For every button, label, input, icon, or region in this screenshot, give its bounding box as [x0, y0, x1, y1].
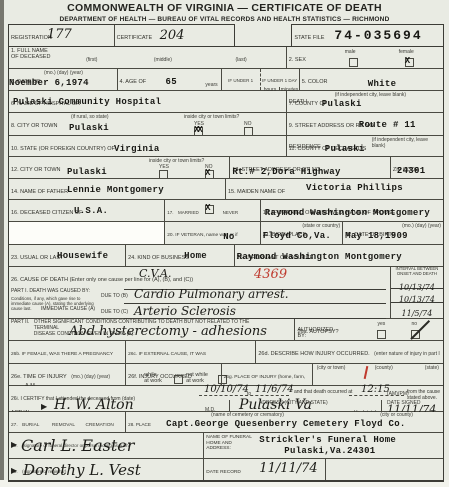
married-mark: X: [205, 203, 210, 213]
mother-field: 15. MAIDEN NAME OF MOTHER OF DECEASED Vi…: [226, 179, 443, 199]
injury-notwhile-label: not while at work: [186, 372, 208, 385]
county-of-death-hint: (if independent city, leave blank): [335, 92, 406, 98]
full-name-field: 1. FULL NAME OF DECEASED (first)Jennie (…: [9, 47, 287, 68]
sex-female-mark: X: [405, 56, 410, 66]
signature-arrow-icon: ▶: [41, 403, 47, 411]
citizen-field: 16. DECEASED CITIZEN OF WHAT COUNTRY U.S…: [9, 200, 165, 221]
sex-female-label: female: [399, 49, 414, 55]
certificate-number-field: CERTIFICATE NUMBER 204: [115, 25, 234, 46]
age-unit: years: [205, 82, 217, 88]
hospital-field: 6. NAME OF HOSPITAL OR INSTITUTION (if n…: [9, 91, 287, 112]
birthplace-field: 21. BIRTHPLACE (state or country) Floyd …: [261, 222, 343, 244]
birthplace-value: Floyd Co,Va.: [263, 231, 331, 241]
registrar-signature: Dorothy L. Vest: [23, 461, 141, 479]
res-limits-label: inside city or town limits?: [149, 158, 204, 164]
street-of-death-value: Route # 11: [359, 120, 416, 130]
city-residence-field: 12. CITY OR TOWN OF RESIDENCE Pulaski in…: [9, 157, 230, 178]
state-residence-value: Virginia: [114, 144, 160, 154]
injury-while-checkbox: [174, 375, 183, 384]
top-strip-left: REGISTRATION AREA NUMBER 177 CERTIFICATE…: [8, 24, 235, 46]
date-of-death-value: Noember 6,1974: [9, 78, 89, 88]
date-filed-value: 11/11/74: [259, 461, 317, 476]
document-title: COMMONWEALTH OF VIRGINIA — CERTIFICATE O…: [0, 2, 449, 14]
part2-value: Abd hysterectomy - adhesions: [69, 324, 267, 339]
marital-field: 17. MARRIED X NEVER MARRIED WIDOWED DIVO…: [165, 200, 260, 221]
color-race-value: White: [368, 79, 397, 89]
father-field: 14. NAME OF FATHER OF DECEASED Lennie Mo…: [9, 179, 226, 199]
certification-field: 26i. I CERTIFY that I attended the decea…: [9, 386, 443, 411]
registration-area-field: REGISTRATION AREA NUMBER 177: [9, 25, 115, 46]
disposition-n: 27.: [11, 423, 18, 428]
autopsy-yes-label: yes: [377, 321, 385, 327]
informant-field: 25. INFORMANT OR SOURCE OF INFORMATION R…: [235, 245, 443, 266]
place-of-burial-city-hint: (city or county): [380, 412, 413, 418]
certificate-form: REGISTRATION AREA NUMBER 177 CERTIFICATE…: [8, 24, 444, 482]
place-of-injury-field: 26g. PLACE OF INJURY (home, farm, factor…: [222, 364, 313, 385]
married-checkbox: X: [205, 205, 214, 214]
injury-red-mark: [363, 366, 368, 379]
interval-c: 11/5/74: [402, 309, 433, 318]
autopsy-no-label: no: [411, 321, 417, 327]
autopsy-field: 26a. AUTOPSY? AUTHORIZED BY: yes no: [295, 319, 443, 340]
top-strip-right: STATE FILE NUMBER 74-035694: [291, 24, 444, 46]
place-of-burial-field: 28. PLACE OF BURIAL REMOVAL, ETC. (name …: [126, 412, 443, 432]
disposition-field: 27. BURIAL REMOVAL CREMATION X: [9, 412, 126, 432]
funeral-home-address: Pulaski,Va.24301: [284, 446, 375, 456]
time-of-injury-hints: (mo.) (day) (year): [71, 374, 110, 380]
dob-value: May 18,1909: [345, 231, 408, 241]
zip-field: ZIP CODE 24301: [391, 157, 443, 178]
mother-value: Victoria Phillips: [306, 183, 403, 193]
removal-label: REMOVAL: [52, 423, 75, 428]
state-file-value: 74-035694: [334, 28, 422, 43]
autopsy-yes-checkbox: [377, 330, 386, 339]
state-file-field: STATE FILE NUMBER 74-035694: [292, 25, 443, 46]
form-body: 1. FULL NAME OF DECEASED (first)Jennie (…: [8, 46, 444, 482]
sex-female-checkbox: X: [405, 58, 414, 67]
father-value: Lennie Montgomery: [67, 185, 164, 195]
injury-location-field: (city or town) (county) (state): [313, 364, 443, 385]
physician-signature: H. W. Alton: [54, 397, 134, 413]
county-residence-hint: (if independent city, leave blank): [372, 137, 443, 149]
street-residence-value: Rt.# 2,Dora Highway: [232, 167, 340, 177]
middle-name-hint: (middle): [154, 57, 172, 63]
part2-field: PART II. OTHER SIGNIFICANT CONDITIONS CO…: [9, 319, 295, 340]
registrar-field: 30. (signature of registrar) ▶ Dorothy L…: [9, 459, 204, 480]
physician-address: Pulaski Va: [239, 397, 312, 413]
interval-label: INTERVAL BETWEEN ONSET AND DEATH: [391, 267, 443, 277]
sex-male-label: male: [345, 49, 356, 55]
city-limits-yes-checkbox: XX: [194, 127, 203, 136]
autopsy-authorized-label: AUTHORIZED BY:: [297, 327, 333, 340]
res-limits-no-checkbox: X: [205, 170, 214, 179]
document-header: COMMONWEALTH OF VIRGINIA — CERTIFICATE O…: [0, 2, 449, 23]
sex-field: 2. SEX male female X: [287, 47, 443, 68]
dob-hint: (mo.) (day) (year): [402, 223, 441, 229]
scan-left-edge: [0, 0, 4, 487]
county-of-death-value: Pulaski: [322, 99, 362, 109]
age-field: 4. AGE OF DECEASED 65 years: [118, 69, 222, 90]
marital-n: 17.: [167, 210, 173, 215]
injury-city-hint: (city or town): [317, 365, 346, 371]
occupation-value: Housewife: [57, 251, 108, 261]
time-of-injury-label: 26e. TIME OF INJURY: [11, 374, 67, 380]
citizen-value: U.S.A.: [74, 206, 108, 216]
street-of-death-field: 9. STREET ADDRESS OR RT. NO. OF PLACE OF…: [287, 113, 443, 135]
business-value: Home: [184, 251, 207, 261]
certify-ampm: (AM)(PM): [387, 391, 409, 397]
county-residence-value: Pulaski: [325, 144, 365, 154]
place-of-burial-hint: (name of cemetery or crematory): [211, 412, 284, 418]
funeral-director-signature: Carl L. Easter: [21, 436, 134, 455]
city-of-death-hint: (if rural, so state): [71, 114, 109, 120]
funeral-home-name: Strickler's Funeral Home: [259, 435, 396, 445]
under-day-label: IF UNDER 1 DAY: [262, 78, 297, 83]
injury-county-hint: (county): [375, 365, 393, 371]
pregnancy-field: 26b. IF FEMALE, WAS THERE A PREGNANCY IN…: [9, 341, 126, 363]
document-subtitle: DEPARTMENT OF HEALTH — BUREAU OF VITAL R…: [0, 16, 449, 23]
res-limits-yes-checkbox: [159, 170, 168, 179]
first-name-hint: (first): [86, 57, 97, 63]
street-residence-field: 13. STREET ADDRESS OR RT. NO. OF RESIDEN…: [230, 157, 391, 178]
burial-label: BURIAL: [22, 423, 39, 428]
state-residence-field: 10. STATE (OR FOREIGN COUNTRY) OF DECEAS…: [9, 136, 287, 156]
external-cause-field: 26c. IF EXTERNAL CAUSE, IT WAS PRIMARY a…: [126, 341, 256, 363]
color-race-field: 5. COLOR OR RACE White: [300, 69, 443, 90]
cause-b-value: Cardio Pulmonary arrest.: [134, 287, 289, 301]
empty-bottom-cell: [326, 459, 443, 480]
certify-to-date: 11/6/74: [255, 384, 294, 395]
city-limits-label: inside city or town limits?: [184, 114, 239, 120]
city-residence-value: Pulaski: [67, 167, 107, 177]
spouse-value: Raymond Washington Montgomery: [265, 208, 430, 218]
county-residence-field: 11. COUNTY OF DECEASED'S (if independent…: [287, 136, 443, 156]
injury-while-label: while at work: [144, 372, 162, 385]
sex-male-checkbox: [349, 58, 358, 67]
birthplace-hint: (state or country): [302, 223, 340, 229]
married-label: MARRIED: [178, 210, 199, 215]
funeral-director-field: 29. (signature of funeral director or pe…: [9, 433, 204, 458]
part2-label: PART II.: [11, 320, 29, 326]
cause-due-c-label: DUE TO (C): [101, 310, 128, 316]
county-residence-label2: RESIDENCE: [289, 144, 321, 150]
cremation-label: CREMATION: [85, 423, 113, 428]
last-name-hint: (last): [236, 57, 247, 63]
registrar-signature-arrow-icon: ▶: [11, 467, 17, 475]
date-of-death-field: 3. DATE OF DEATH (mo.) (day) (year) Noem…: [9, 69, 118, 90]
hospital-value: Pulaski Community Hospital: [13, 97, 161, 107]
external-cause-label: 26c. IF EXTERNAL CAUSE, IT WAS: [128, 352, 206, 357]
spouse-field: 18. IF MARRIED OR WIDOWED, NAME OF SPOUS…: [261, 200, 443, 221]
funeral-home-label: NAME OF FUNERAL HOME AND ADDRESS:: [206, 435, 252, 452]
age-value: 65: [166, 77, 177, 87]
occupation-field: 23. USUAL OR LAST OCCUPATION Housewife: [9, 245, 126, 266]
cause-due-b-label: DUE TO (B): [101, 294, 128, 300]
injury-state-hint: (state): [425, 365, 439, 371]
injury-occurred-field: 26f. INJURY OCCURRED while at work not w…: [126, 364, 221, 385]
interval-column: INTERVAL BETWEEN ONSET AND DEATH 10/13/7…: [391, 267, 443, 318]
certify-from-date: 10/10/74: [204, 384, 249, 395]
informant-value: Raymond Washington Montgomery: [237, 252, 402, 262]
res-limits-no-mark: X: [205, 168, 210, 178]
cause-c-value: Arterio Sclerosis: [134, 304, 236, 318]
zip-value: 24301: [397, 166, 426, 176]
veteran-value: No: [223, 232, 234, 242]
county-of-death-field: 7. COUNTY OF (if independent city, leave…: [287, 91, 443, 112]
city-limits-no-checkbox: [244, 127, 253, 136]
date-filed-field: DATE RECORD FILED 11/11/74: [204, 459, 326, 480]
cause-of-death-field: 26. CAUSE OF DEATH (Enter only one cause…: [9, 267, 391, 318]
full-name-label: 1. FULL NAME OF DECEASED: [11, 48, 56, 67]
how-injury-field: 26d. DESCRIBE HOW INJURY OCCURRED. (ente…: [256, 341, 443, 363]
business-field: 24. KIND OF BUSINESS OR INDUSTRY Home: [126, 245, 235, 266]
dob-field: 22. DATE OF BIRTH (mo.) (day) (year) May…: [343, 222, 443, 244]
city-of-death-field: 8. CITY OR TOWN OF DEATH (if rural, so s…: [9, 113, 287, 135]
funeral-home-field: NAME OF FUNERAL HOME AND ADDRESS: Strick…: [204, 433, 443, 458]
registration-area-value: 177: [47, 27, 72, 42]
funeral-signature-arrow-icon: ▶: [11, 441, 17, 449]
certificate-number-value: 204: [160, 28, 185, 43]
sex-label: 2. SEX: [289, 57, 306, 63]
date-of-death-hints: (mo.) (day) (year): [44, 70, 83, 76]
place-of-burial-value: Capt.George Quesenberry Cemetery Floyd C…: [166, 419, 405, 429]
how-injury-label: 26d. DESCRIBE HOW INJURY OCCURRED.: [258, 351, 369, 357]
under-one-field: IF UNDER 1 YEARmonthsdays IF UNDER 1 DAY…: [222, 69, 300, 90]
time-of-injury-field: 26e. TIME OF INJURY (mo.) (day) (year) A…: [9, 364, 126, 385]
certify-mid: and that death occurred at: [294, 390, 352, 396]
county-of-death-label2: DEATH: [287, 99, 307, 105]
certify-time: 12:15: [361, 384, 390, 395]
city-of-death-value: Pulaski: [69, 123, 109, 133]
veteran-field: 20. IF VETERAN, name war, or if peacetim…: [165, 222, 260, 244]
city-limits-yes-mark: XX: [194, 125, 201, 135]
redacted-field-19: [9, 222, 165, 244]
